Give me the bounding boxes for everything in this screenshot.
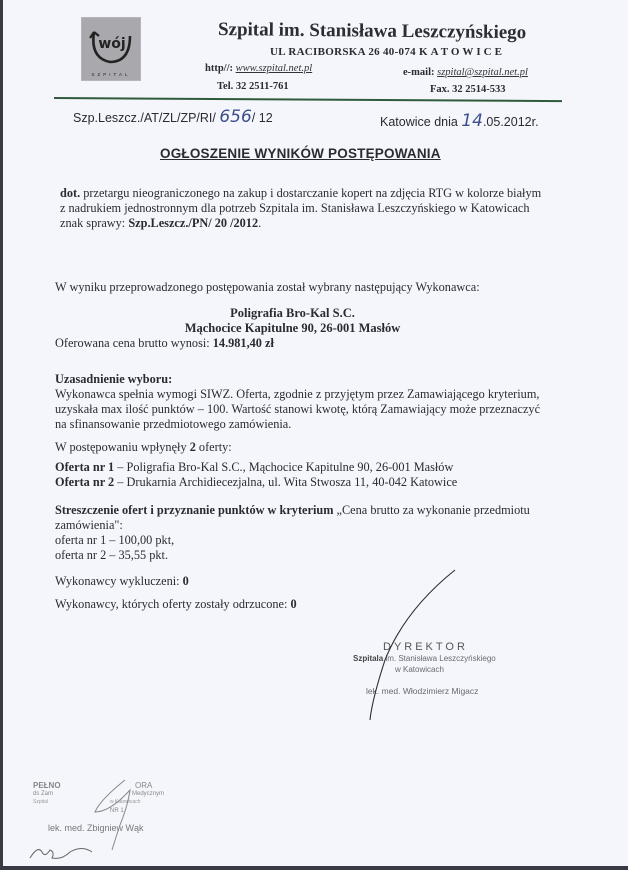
scan-border-left (0, 0, 3, 870)
winner-address: Mąchocice Kapitulne 90, 26-001 Masłów (160, 321, 425, 336)
offers-intro: W postępowaniu wpłynęły 2 oferty: (55, 440, 232, 455)
price-line: Oferowana cena brutto wynosi: 14.981,40 … (55, 336, 274, 351)
address-city: KATOWICE (419, 46, 505, 58)
price-label: Oferowana cena brutto wynosi: (55, 336, 210, 350)
website-line: http//: www.szpital.net.pl (205, 63, 312, 74)
deputy-stamp-line2a: ds Zam (33, 791, 53, 797)
deputy-stamp-line3b: w Katowicach (110, 799, 141, 805)
subject-paragraph: dot. przetargu nieograniczonego na zakup… (60, 186, 541, 231)
summary-score: oferta nr 1 – 100,00 pkt, (55, 533, 530, 548)
offer-text: – Poligrafia Bro-Kal S.C., Mąchocice Kap… (114, 460, 453, 474)
logo-caption: SZPITAL (82, 72, 140, 77)
offers-count: 2 (190, 440, 196, 454)
date-handwritten-day: 14 (461, 111, 483, 131)
summary-score: oferta nr 2 – 35,55 pkt. (55, 548, 530, 563)
case-end: . (258, 216, 261, 230)
deputy-stamp-line2b: Medycznym (132, 791, 164, 797)
price-value: 14.981,40 zł (213, 336, 274, 350)
excluded-label: Wykonawcy wykluczeni: (55, 574, 180, 588)
justification-line: na sfinansowanie przedmiotowego zamówien… (55, 417, 540, 432)
svg-text:wój: wój (98, 36, 125, 52)
fax-line: Fax. 32 2514-533 (430, 84, 506, 95)
date-prefix: Katowice dnia (380, 115, 458, 129)
excluded-value: 0 (183, 574, 189, 588)
document-date: Katowice dnia 14.05.2012r. (380, 111, 539, 131)
summary-criterion-cont: zamówienia": (55, 518, 530, 533)
justification-block: Uzasadnienie wyboru: Wykonawca spełnia w… (55, 372, 540, 432)
offer-label: Oferta nr 2 (55, 475, 114, 489)
address-street: UL RACIBORSKA 26 40-074 (270, 46, 416, 58)
date-suffix: .05.2012r. (483, 115, 539, 129)
email-link[interactable]: szpital@szpital.net.pl (437, 67, 528, 78)
hospital-address: UL RACIBORSKA 26 40-074 KATOWICE (270, 46, 505, 58)
subject-line-1: przetargu nieograniczonego na zakup i do… (83, 186, 541, 200)
offer-label: Oferta nr 1 (55, 460, 114, 474)
reference-suffix: / 12 (252, 111, 273, 125)
justification-line: uzyskała max ilość punktów – 100. Wartoś… (55, 402, 540, 417)
header-divider (54, 97, 562, 102)
case-number: Szp.Leszcz./PN/ 20 /2012 (128, 216, 258, 230)
deputy-signature-loop (95, 780, 130, 850)
smile-arrow-icon: wój (82, 18, 140, 80)
case-label: znak sprawy: (60, 216, 125, 230)
email-line: e-mail: szpital@szpital.net.pl (403, 67, 528, 78)
offers-list: Oferta nr 1 – Poligrafia Bro-Kal S.C., M… (55, 460, 457, 490)
winner-block: Poligrafia Bro-Kal S.C. Mąchocice Kapitu… (160, 306, 425, 336)
rejected-line: Wykonawcy, których oferty zostały odrzuc… (55, 597, 297, 612)
page-title: OGŁOSZENIE WYNIKÓW POSTĘPOWANIA (160, 146, 441, 161)
phone-line: Tel. 32 2511-761 (217, 81, 289, 92)
email-label: e-mail: (403, 67, 435, 78)
director-stamp-line2: w Katowicach (395, 665, 444, 674)
rejected-label: Wykonawcy, których oferty zostały odrzuc… (55, 597, 287, 611)
justification-line: Wykonawca spełnia wymogi SIWZ. Oferta, z… (55, 387, 540, 402)
deputy-stamp-line1b: ORA (135, 781, 152, 790)
director-stamp-line1: Szpitala im. Stanisława Leszczyńskiego (353, 654, 496, 663)
phone-number: 32 2511-761 (236, 81, 289, 92)
hospital-logo: wój SZPITAL (81, 17, 141, 81)
fax-label: Fax. (430, 84, 450, 95)
subject-label: dot. (60, 186, 80, 200)
reference-number: Szp.Leszcz./AT/ZL/ZP/RI/ 656/ 12 (73, 107, 273, 127)
offers-intro-suffix: oferty: (199, 440, 232, 454)
deputy-stamp-line4: NR 1 (110, 808, 124, 814)
reference-prefix: Szp.Leszcz./AT/ZL/ZP/RI/ (73, 111, 216, 125)
rejected-value: 0 (290, 597, 296, 611)
justification-heading: Uzasadnienie wyboru: (55, 372, 172, 386)
result-intro: W wyniku przeprowadzonego postępowania z… (55, 280, 480, 295)
offer-item: Oferta nr 2 – Drukarnia Archidiecezjalna… (55, 475, 457, 490)
deputy-signature-initials (30, 849, 92, 859)
fax-number: 32 2514-533 (452, 84, 505, 95)
excluded-line: Wykonawcy wykluczeni: 0 (55, 574, 189, 589)
director-stamp-title: DYREKTOR (383, 641, 468, 653)
offer-text: – Drukarnia Archidiecezjalna, ul. Wita S… (114, 475, 457, 489)
website-label: http//: (205, 63, 233, 74)
subject-line-2: z nadrukiem jednostronnym dla potrzeb Sz… (60, 201, 541, 216)
deputy-name: lek. med. Zbigniew Wąk (48, 823, 144, 833)
deputy-stamp-line3a: Szpital (33, 799, 48, 805)
director-stamp-bold: Szpitala (353, 654, 383, 663)
website-link[interactable]: www.szpital.net.pl (236, 63, 313, 74)
reference-handwritten-number: 656 (219, 107, 251, 127)
summary-criterion: „Cena brutto za wykonanie przedmiotu (333, 503, 529, 517)
scan-border-bottom (0, 866, 628, 870)
winner-name: Poligrafia Bro-Kal S.C. (160, 306, 425, 321)
deputy-stamp-line1a: PEŁNO (33, 781, 61, 790)
offer-item: Oferta nr 1 – Poligrafia Bro-Kal S.C., M… (55, 460, 457, 475)
offers-intro-prefix: W postępowaniu wpłynęły (55, 440, 187, 454)
hospital-name: Szpital im. Stanisława Leszczyńskiego (218, 19, 526, 44)
director-name: lek. med. Włodzimierz Migacz (366, 686, 478, 696)
phone-label: Tel. (217, 81, 233, 92)
director-stamp-line1-text: im. Stanisława Leszczyńskiego (383, 654, 496, 663)
summary-block: Streszczenie ofert i przyznanie punktów … (55, 503, 530, 563)
summary-heading: Streszczenie ofert i przyznanie punktów … (55, 503, 333, 517)
